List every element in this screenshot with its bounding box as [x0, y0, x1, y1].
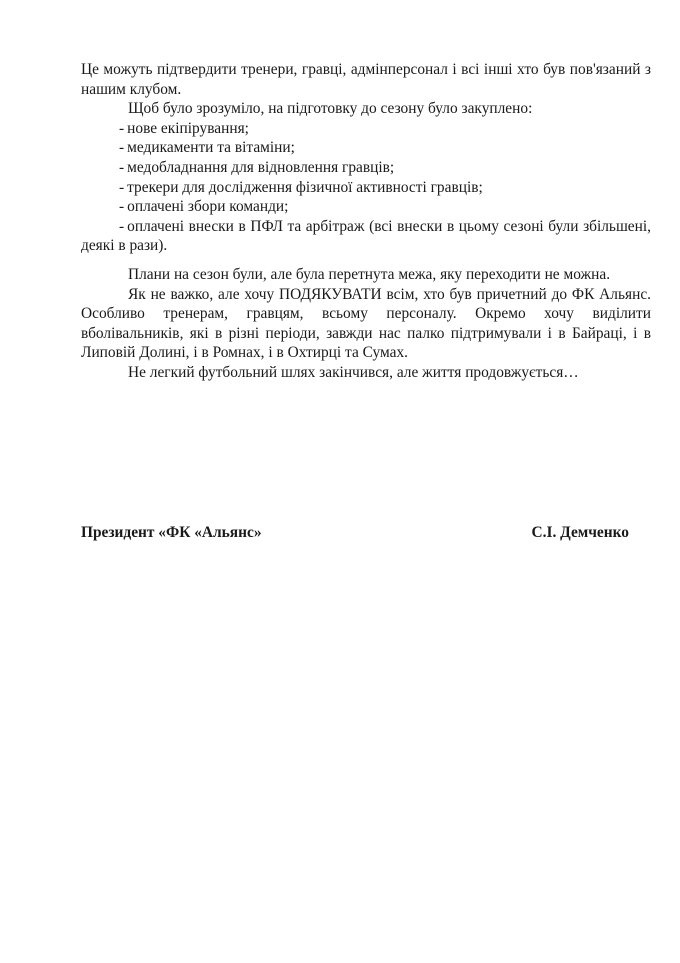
paragraph-gap: [81, 256, 651, 265]
signature-block: Президент «ФК «Альянс» С.І. Демченко: [81, 523, 629, 542]
list-item: -трекери для дослідження фізичної активн…: [81, 178, 651, 198]
closing-paragraph: Не легкий футбольний шлях закінчився, ал…: [81, 363, 651, 383]
signatory-name: С.І. Демченко: [532, 523, 629, 542]
intro-paragraph: Це можуть підтвердити тренери, гравці, а…: [81, 60, 651, 99]
list-item: -оплачені внески в ПФЛ та арбітраж (всі …: [81, 217, 651, 256]
dash-bullet: -: [119, 198, 124, 215]
signatory-position: Президент «ФК «Альянс»: [81, 523, 262, 542]
list-item: -медикаменти та вітаміни;: [81, 138, 651, 158]
dash-bullet: -: [119, 159, 124, 176]
dash-bullet: -: [119, 218, 124, 235]
dash-bullet: -: [119, 139, 124, 156]
document-body: Це можуть підтвердити тренери, гравці, а…: [81, 60, 651, 383]
purchases-list: -нове екіпірування; -медикаменти та віта…: [81, 119, 651, 256]
list-item: -нове екіпірування;: [81, 119, 651, 139]
plans-paragraph: Плани на сезон були, але була перетнута …: [81, 265, 651, 285]
list-item: -медобладнання для відновлення гравців;: [81, 158, 651, 178]
dash-bullet: -: [119, 179, 124, 196]
list-item: -оплачені збори команди;: [81, 197, 651, 217]
dash-bullet: -: [119, 120, 124, 137]
thanks-paragraph: Як не важко, але хочу ПОДЯКУВАТИ всім, х…: [81, 285, 651, 363]
purchases-intro: Щоб було зрозуміло, на підготовку до сез…: [81, 99, 651, 119]
